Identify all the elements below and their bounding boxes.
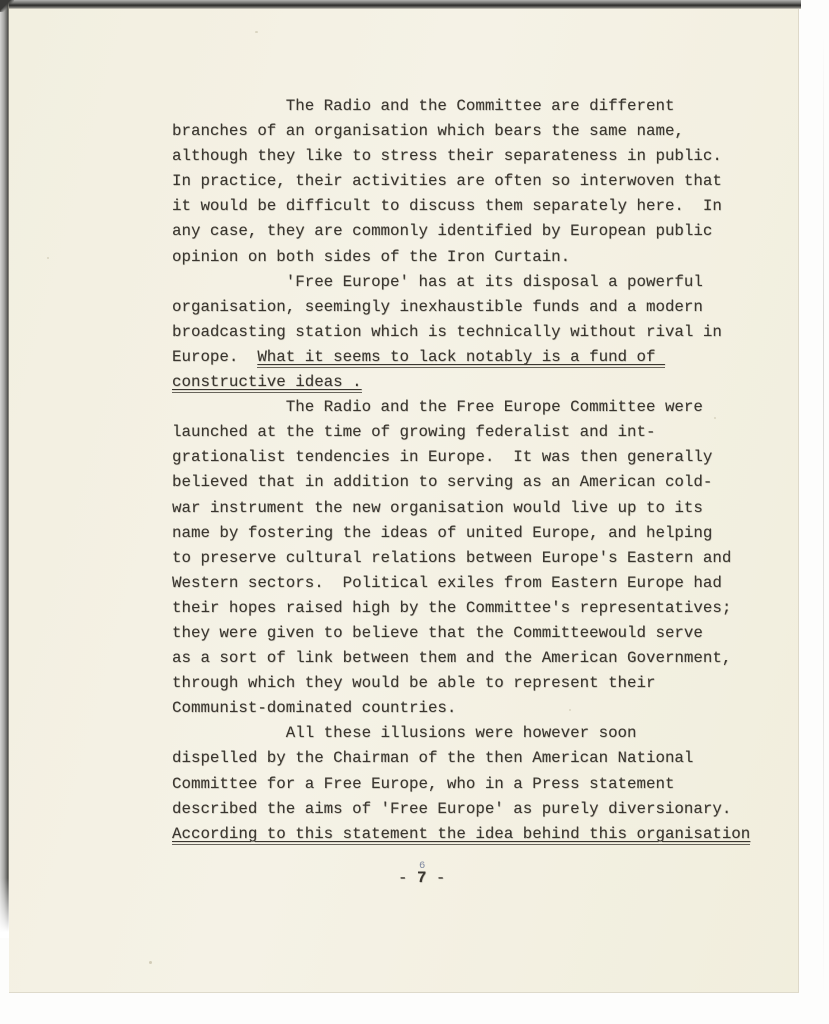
text-line: The Radio and the Committee are differen… [172,94,750,119]
text-run: name by fostering the ideas of united Eu… [172,524,712,542]
text-line: The Radio and the Free Europe Committee … [172,395,750,420]
text-run: The Radio and the Free Europe Committee … [172,398,703,416]
page-number-suffix: - [426,869,445,887]
text-run: Europe. [172,348,257,366]
text-line: According to this statement the idea beh… [172,822,750,847]
text-line: 'Free Europe' has at its disposal a powe… [172,270,750,295]
text-line: Europe. What it seems to lack notably is… [172,345,750,370]
text-run: The Radio and the Committee are differen… [172,97,674,115]
text-line: believed that in addition to serving as … [172,470,750,495]
text-line: any case, they are commonly identified b… [172,219,750,244]
text-line: opinion on both sides of the Iron Curtai… [172,245,750,270]
paper-speckle [255,31,258,33]
text-run: they were given to believe that the Comm… [172,624,703,642]
page-number-value: 67 [417,869,426,887]
text-run: Western sectors. Political exiles from E… [172,574,722,592]
text-line: they were given to believe that the Comm… [172,621,750,646]
text-run: to preserve cultural relations between E… [172,549,731,567]
text-run: although they like to stress their separ… [172,147,722,165]
text-run: 'Free Europe' has at its disposal a powe… [172,273,703,291]
text-run: dispelled by the Chairman of the then Am… [172,749,693,767]
text-run: organisation, seemingly inexhaustible fu… [172,298,703,316]
text-line: grationalist tendencies in Europe. It wa… [172,445,750,470]
text-line: described the aims of 'Free Europe' as p… [172,797,750,822]
page-number-prefix: - [398,869,417,887]
text-line: war instrument the new organisation woul… [172,496,750,521]
text-run: described the aims of 'Free Europe' as p… [172,800,731,818]
text-line: it would be difficult to discuss them se… [172,194,750,219]
text-line: broadcasting station which is technicall… [172,320,750,345]
page-number-overtype: 6 [419,860,425,872]
text-line: organisation, seemingly inexhaustible fu… [172,295,750,320]
underlined-text: According to this statement the idea beh… [172,825,750,845]
text-run: their hopes raised high by the Committee… [172,599,731,617]
text-line: name by fostering the ideas of united Eu… [172,521,750,546]
text-run: Communist-dominated countries. [172,699,456,717]
text-run: All these illusions were however soon [172,724,637,742]
scanned-document: The Radio and the Committee are differen… [0,0,829,1024]
text-line: Western sectors. Political exiles from E… [172,571,750,596]
text-run: as a sort of link between them and the A… [172,649,731,667]
scanner-edge-top [0,0,801,9]
text-run: war instrument the new organisation woul… [172,499,703,517]
text-line: their hopes raised high by the Committee… [172,596,750,621]
scan-artifact-line [823,36,824,996]
text-line: launched at the time of growing federali… [172,420,750,445]
text-line: constructive ideas . [172,370,750,395]
text-line: branches of an organisation which bears … [172,119,750,144]
text-run: opinion on both sides of the Iron Curtai… [172,248,570,266]
text-line: to preserve cultural relations between E… [172,546,750,571]
text-line: All these illusions were however soon [172,721,750,746]
text-line: through which they would be able to repr… [172,671,750,696]
text-run: broadcasting station which is technicall… [172,323,722,341]
text-run: it would be difficult to discuss them se… [172,197,722,215]
text-run: through which they would be able to repr… [172,674,655,692]
scanner-edge-left [0,0,9,938]
text-line: Communist-dominated countries. [172,696,750,721]
text-run: Committee for a Free Europe, who in a Pr… [172,775,674,793]
text-line: although they like to stress their separ… [172,144,750,169]
document-page: The Radio and the Committee are differen… [9,9,799,993]
underlined-text: What it seems to lack notably is a fund … [257,348,665,368]
paper-speckle [149,961,152,964]
text-run: launched at the time of growing federali… [172,423,655,441]
underlined-text: constructive ideas . [172,373,362,393]
page-number: - 67 - [398,869,445,887]
text-line: Committee for a Free Europe, who in a Pr… [172,772,750,797]
text-run: believed that in addition to serving as … [172,473,712,491]
text-run: any case, they are commonly identified b… [172,222,712,240]
text-run: In practice, their activities are often … [172,172,722,190]
paper-speckle [47,257,49,259]
text-run: branches of an organisation which bears … [172,122,684,140]
text-line: as a sort of link between them and the A… [172,646,750,671]
text-line: dispelled by the Chairman of the then Am… [172,746,750,771]
text-line: In practice, their activities are often … [172,169,750,194]
page-text: The Radio and the Committee are differen… [172,94,750,847]
text-run: grationalist tendencies in Europe. It wa… [172,448,712,466]
